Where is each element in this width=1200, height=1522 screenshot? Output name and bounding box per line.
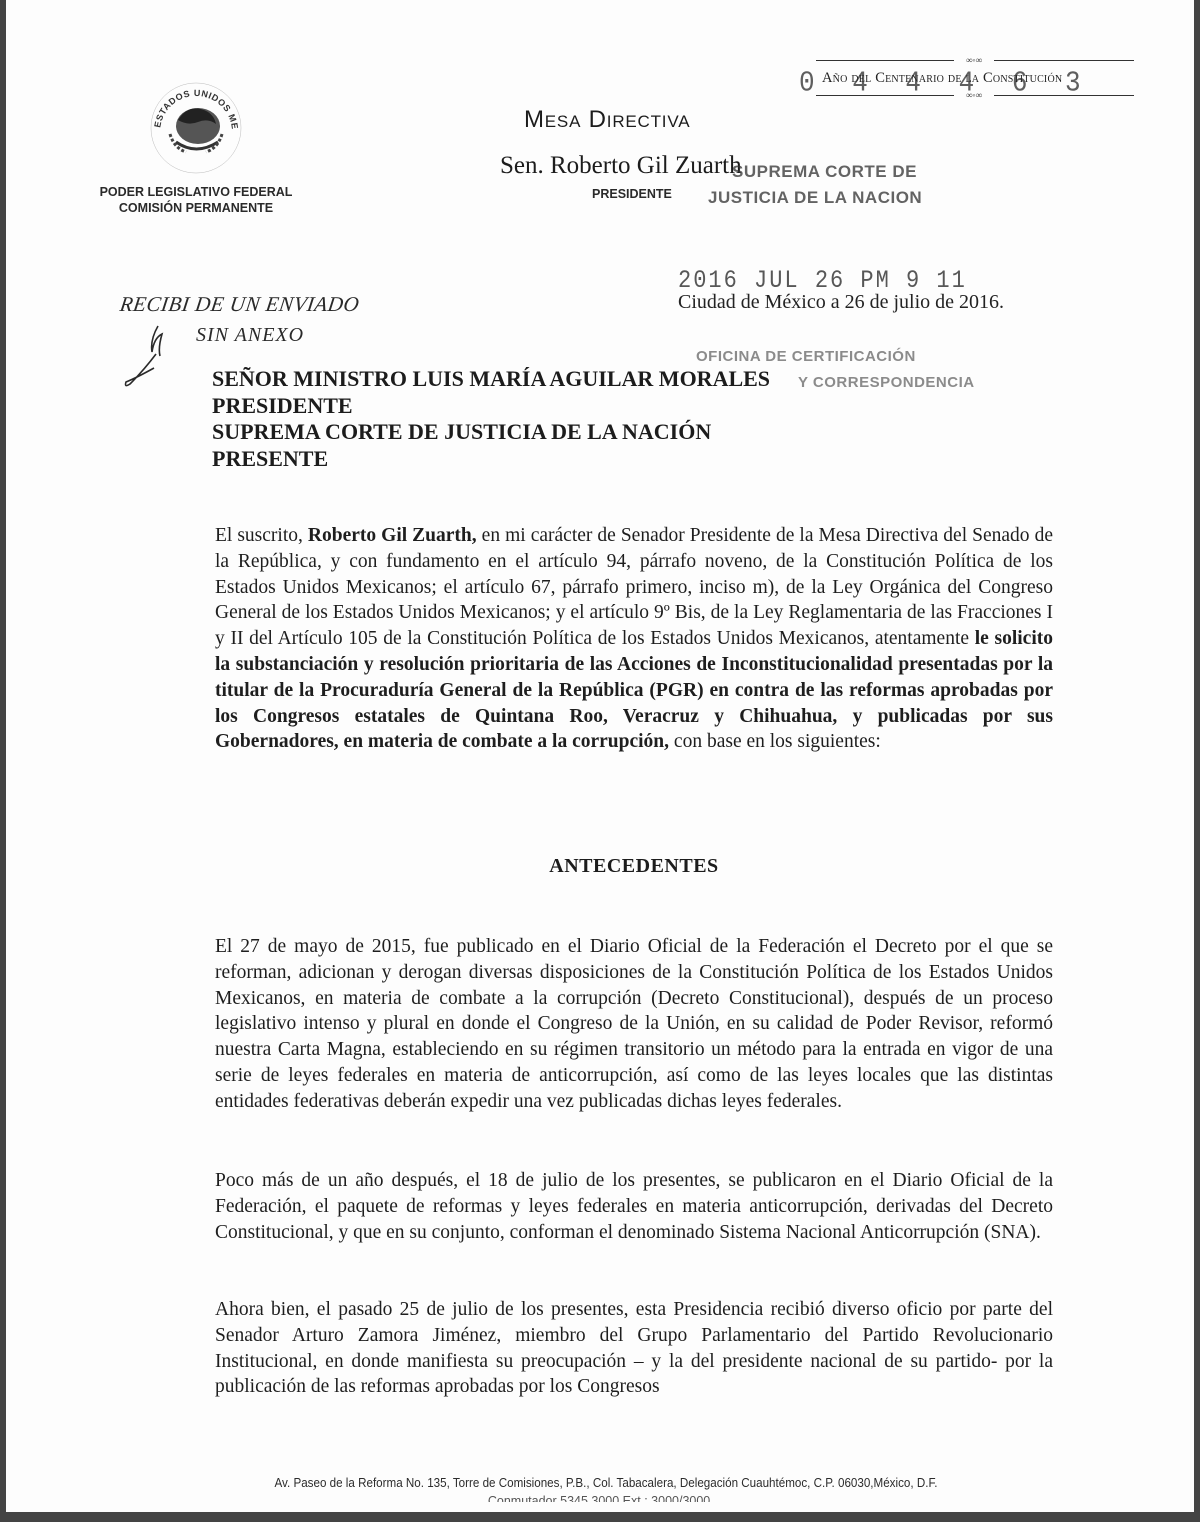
receipt-stamp-line-1: SUPREMA CORTE DE [732,162,917,182]
sender-name-bold: Roberto Gil Zuarth, [308,525,477,546]
handwritten-note-line-1: RECIBI DE UN ENVIADO [118,292,361,317]
banner-ornament-icon: ∞◦∞ [954,55,994,65]
paragraph-antecedent-3: Ahora bien, el pasado 25 de julio de los… [215,1297,1053,1400]
document-page: ESTADOS UNIDOS MEXICANOS PODER LEGISLATI… [6,0,1194,1512]
institution-label: PODER LEGISLATIVO FEDERAL COMISIÓN PERMA… [76,184,316,216]
section-title-antecedentes: ANTECEDENTES [215,855,1053,878]
institution-line-1: PODER LEGISLATIVO FEDERAL [76,184,316,200]
sender-name: Sen. Roberto Gil Zuarth [500,152,742,180]
sender-title: PRESIDENTE [592,187,672,201]
folio-number-stamp: 0 4 4 4 6 3 [799,67,1092,100]
office-stamp-line-1: OFICINA DE CERTIFICACIÓN [696,348,916,365]
addressee-name: SEÑOR MINISTRO LUIS MARÍA AGUILAR MORALE… [212,366,770,393]
footer-contact-cutoff: Conmutador 5345 3000 Ext.: 3000/3000 ... [156,1494,1056,1502]
coat-of-arms-seal-icon: ESTADOS UNIDOS MEXICANOS [148,80,244,176]
paragraph-antecedent-1: El 27 de mayo de 2015, fue publicado en … [215,934,1053,1115]
office-title: Mesa Directiva [524,106,690,134]
institution-line-2: COMISIÓN PERMANENTE [76,200,316,216]
handwritten-note-line-2: SIN ANEXO [196,324,304,347]
addressee-institution: SUPREMA CORTE DE JUSTICIA DE LA NACIÓN [212,419,770,446]
paragraph-request: El suscrito, Roberto Gil Zuarth, en mi c… [215,523,1053,755]
receipt-stamp-line-2: JUSTICIA DE LA NACION [708,188,922,208]
office-stamp-line-2: Y CORRESPONDENCIA [798,374,975,391]
text-run: con base en los siguientes: [669,731,881,752]
handwritten-signature-icon [118,320,208,392]
place-date: Ciudad de México a 26 de julio de 2016. [678,291,1004,314]
addressee-title: PRESIDENTE [212,393,770,420]
text-run: El suscrito, [215,525,308,546]
addressee-presente: PRESENTE [212,446,770,473]
paragraph-antecedent-2: Poco más de un año después, el 18 de jul… [215,1168,1053,1245]
addressee-block: SEÑOR MINISTRO LUIS MARÍA AGUILAR MORALE… [212,366,770,472]
footer-address: Av. Paseo de la Reforma No. 135, Torre d… [188,1476,1025,1490]
